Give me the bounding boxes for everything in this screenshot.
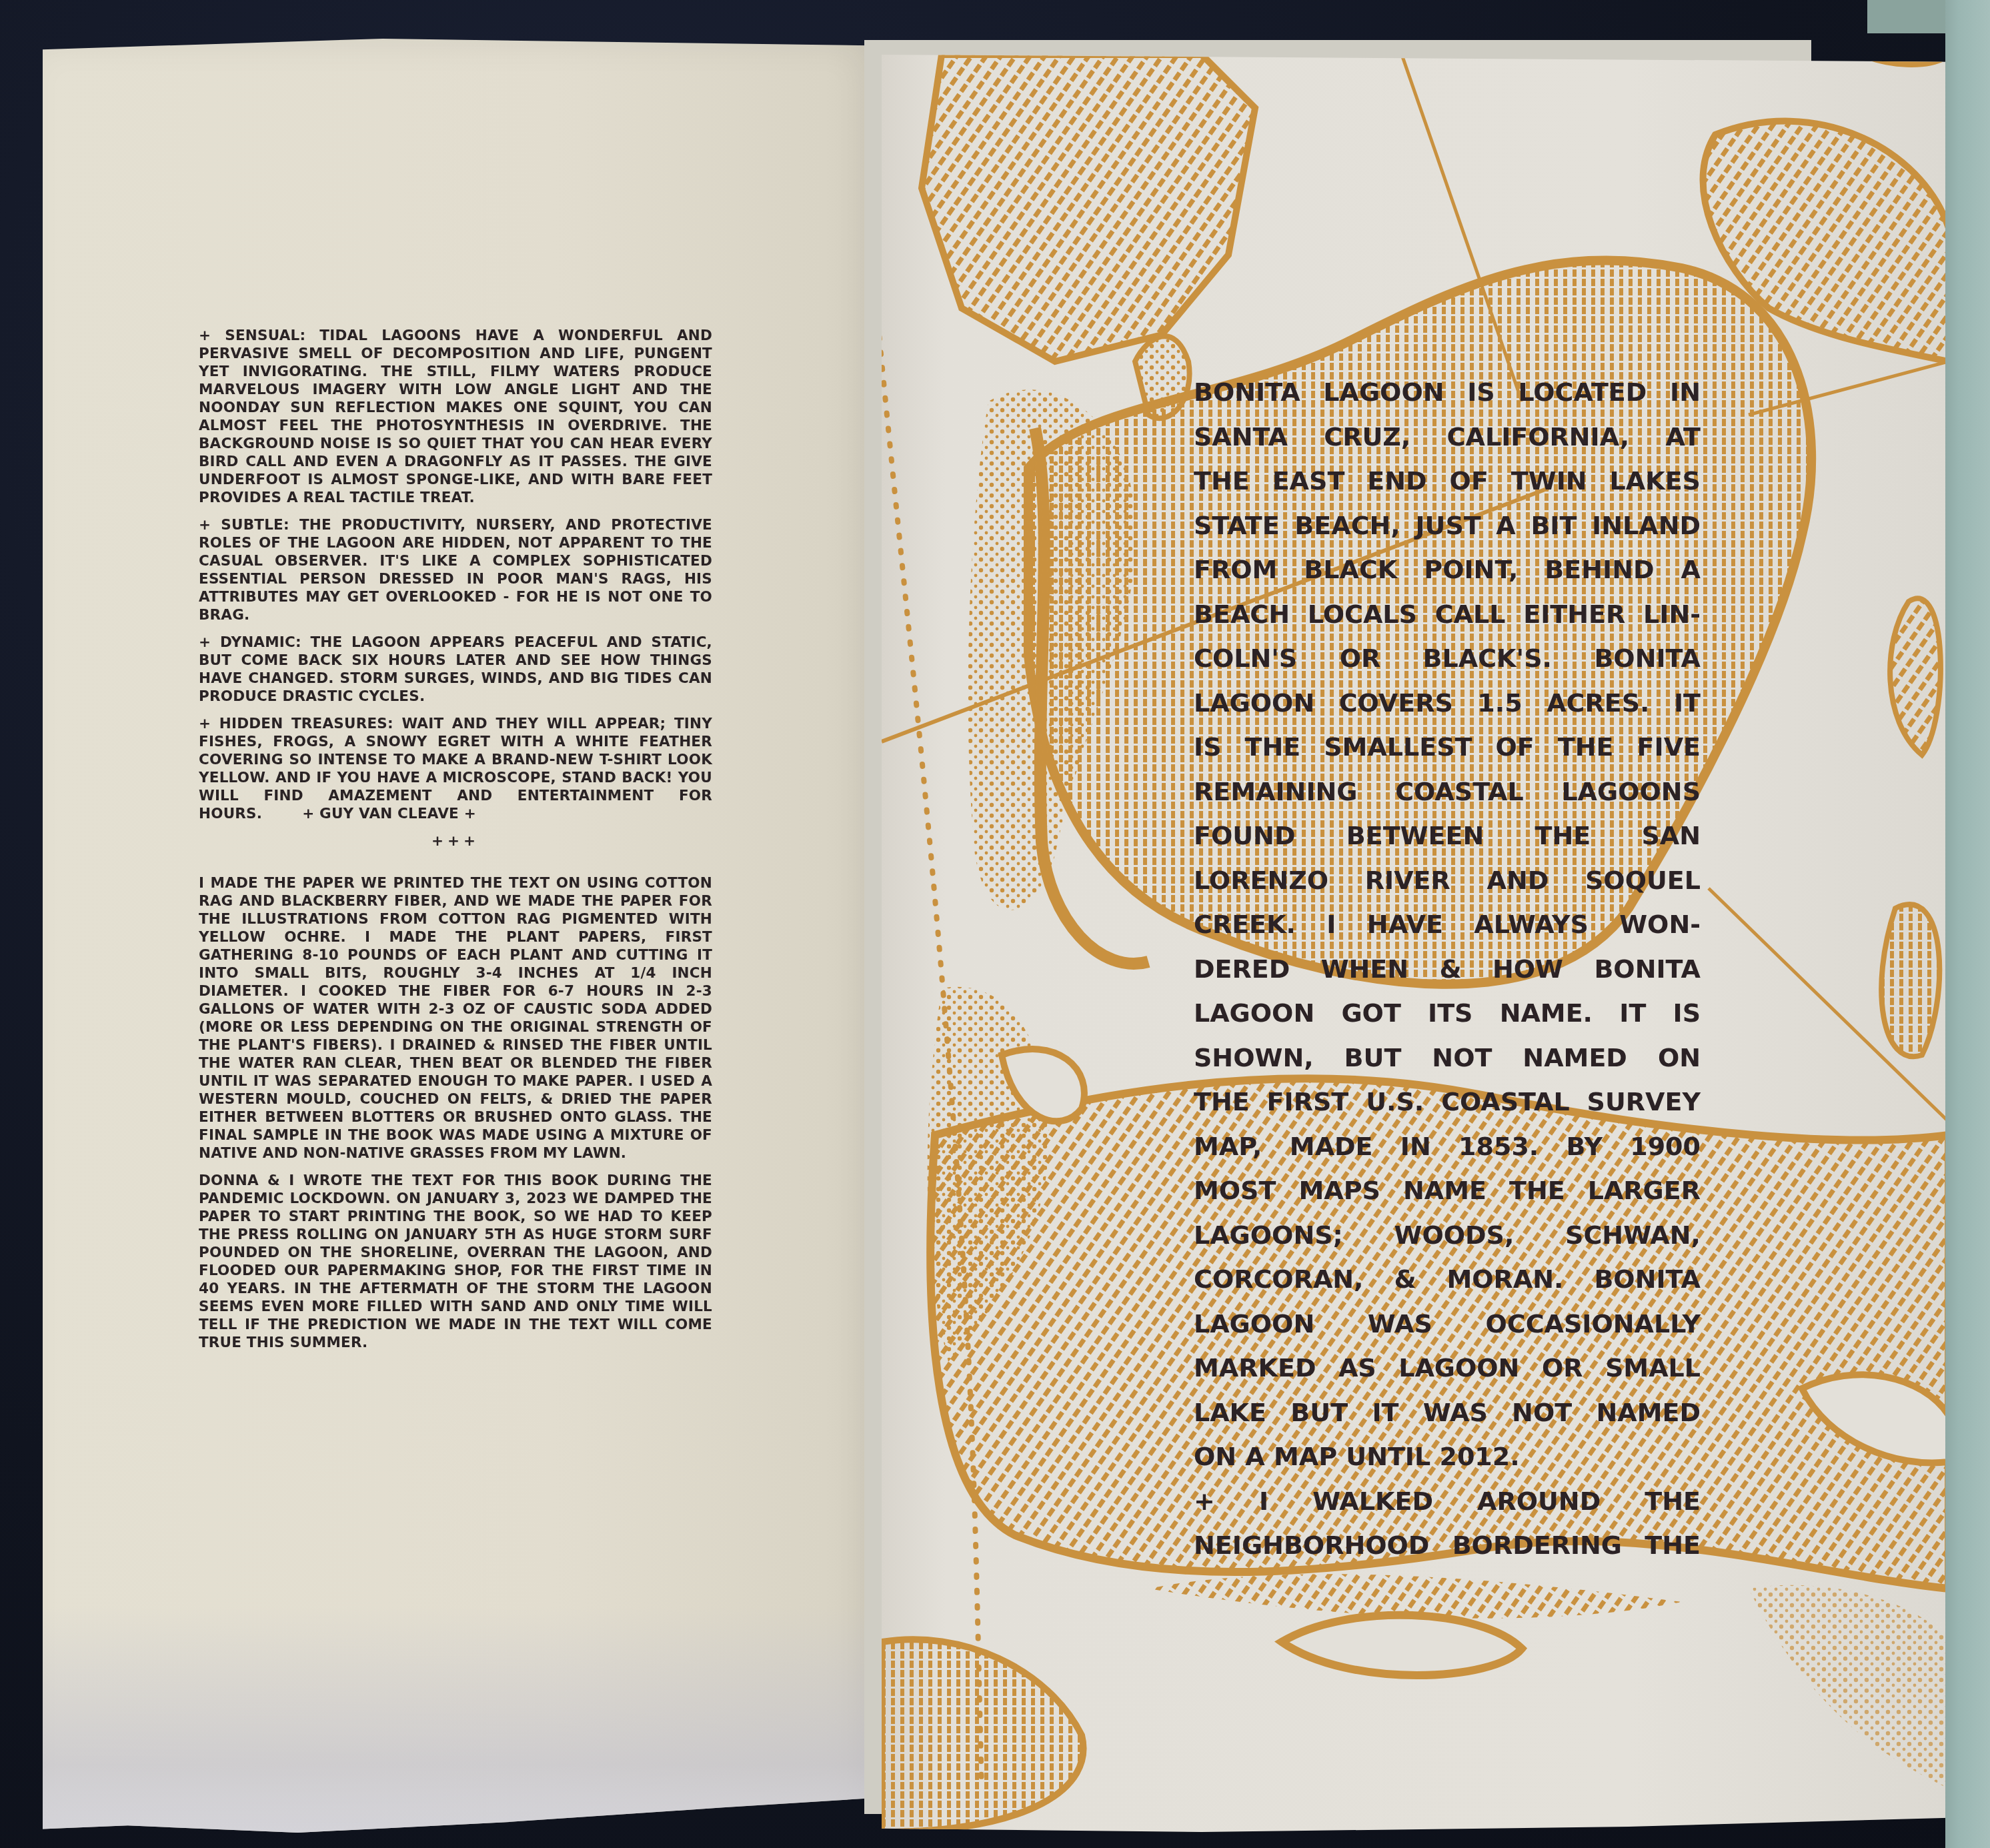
paragraph-dynamic: + Dynamic: The lagoon appears peaceful a… <box>199 634 712 706</box>
teal-cover-board <box>1945 0 1990 1848</box>
paragraph-hidden-treasures: + Hidden Treasures: Wait and they will a… <box>199 715 712 823</box>
text-line: Lorenzo River and Soquel <box>1194 858 1701 903</box>
text-line: State Beach, just a bit inland <box>1194 504 1701 548</box>
text-line: Corcoran, & Moran. Bonita <box>1194 1257 1701 1302</box>
left-page-text: + Sensual: Tidal lagoons have a wonderfu… <box>199 327 712 1361</box>
text-line: Bonita Lagoon is located in <box>1194 370 1701 415</box>
section-divider: +++ <box>199 832 712 850</box>
text-line: coln's or Black's. Bonita <box>1194 636 1701 681</box>
author-signature: + Guy Van Cleave + <box>302 806 476 822</box>
text-line: on a map until 2012. <box>1194 1435 1701 1479</box>
text-line: the first U.S. Coastal Survey <box>1194 1080 1701 1124</box>
text-line: Lagoon was occasionally <box>1194 1302 1701 1346</box>
text-line: Lagoon got its name. It is <box>1194 991 1701 1036</box>
text-line: + I walked around the <box>1194 1479 1701 1524</box>
text-line: Creek. I have always won- <box>1194 902 1701 947</box>
text-line: Santa Cruz, California, at <box>1194 415 1701 459</box>
right-page-text: Bonita Lagoon is located in Santa Cruz, … <box>1194 370 1701 1568</box>
text-line: shown, but not named on <box>1194 1036 1701 1080</box>
paragraph-colophon-paper: I made the paper we printed the text on … <box>199 874 712 1162</box>
text-line: remaining coastal lagoons <box>1194 770 1701 814</box>
text-line: marked as lagoon or small <box>1194 1346 1701 1391</box>
text-line: Lagoon covers 1.5 acres. It <box>1194 681 1701 726</box>
text-line: beach locals call either Lin- <box>1194 592 1701 637</box>
text-line: found between the San <box>1194 814 1701 858</box>
cover-board-top <box>1867 0 1947 33</box>
text-line: neighborhood bordering the <box>1194 1523 1701 1568</box>
text-line: most maps name the larger <box>1194 1168 1701 1213</box>
text-line: lake but it was not named <box>1194 1391 1701 1435</box>
text-line: from Black Point, behind a <box>1194 548 1701 592</box>
text-line: lagoons; Woods, Schwan, <box>1194 1213 1701 1258</box>
paragraph-subtle: + Subtle: The productivity, nursery, and… <box>199 516 712 624</box>
text-line: is the smallest of the five <box>1194 725 1701 770</box>
text-line: map, made in 1853. By 1900 <box>1194 1124 1701 1169</box>
paragraph-sensual: + Sensual: Tidal lagoons have a wonderfu… <box>199 327 712 507</box>
text-line: dered when & how Bonita <box>1194 947 1701 992</box>
text-line: the east end of Twin Lakes <box>1194 459 1701 504</box>
paragraph-colophon-printing: Donna & I wrote the text for this book d… <box>199 1172 712 1352</box>
paper-shadow <box>43 1606 893 1833</box>
